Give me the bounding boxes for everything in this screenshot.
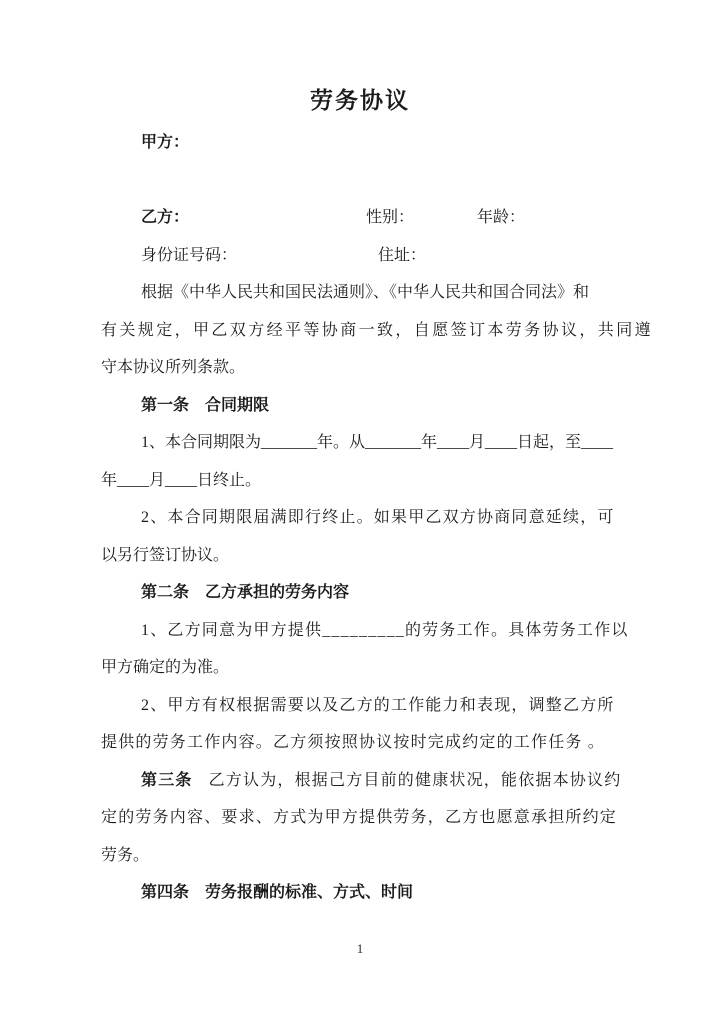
text-line: 根据《中华人民共和国民法通则》、《中华人民共和国合同法》和 — [101, 274, 615, 312]
party-b-label: 乙方： — [141, 199, 362, 237]
party-b-line: 乙方： 性别： 年龄： — [101, 199, 615, 237]
id-address-line: 身份证号码： 住址： — [101, 237, 615, 275]
text-line: 守本协议所列条款。 — [101, 349, 615, 387]
text-line: 有关规定，甲乙双方经平等协商一致，自愿签订本劳务协议，共同遵 — [101, 312, 615, 350]
text-line: 甲方确定的为准。 — [101, 649, 615, 687]
text-line: 劳务。 — [101, 837, 615, 875]
age-label: 年龄： — [477, 209, 525, 226]
blank-line — [101, 162, 615, 200]
address-label: 住址： — [378, 247, 426, 264]
text-line: 1、本合同期限为_______年。从_______年____月____日起，至_… — [101, 424, 615, 462]
section-heading: 第一条 合同期限 — [101, 387, 615, 425]
text-line: 第三条乙方认为，根据己方目前的健康状况，能依据本协议约 — [101, 762, 615, 800]
text-line: 年____月____日终止。 — [101, 462, 615, 500]
text-line: 以另行签订协议。 — [101, 537, 615, 575]
id-number-label: 身份证号码： — [141, 237, 374, 275]
section-heading: 第二条 乙方承担的劳务内容 — [101, 574, 615, 612]
text-line: 2、本合同期限届满即行终止。如果甲乙双方协商同意延续，可 — [101, 499, 615, 537]
text-line: 1、乙方同意为甲方提供_________的劳务工作。具体劳务工作以 — [101, 612, 615, 650]
party-a-label: 甲方： — [141, 134, 189, 151]
text-line: 乙方认为，根据己方目前的健康状况，能依据本协议约 — [209, 772, 622, 789]
document-body: 甲方： 乙方： 性别： 年龄： 身份证号码： 住址： 根据《中华人民共和国民法通… — [101, 124, 615, 912]
section-heading: 第四条 劳务报酬的标准、方式、时间 — [101, 874, 615, 912]
page-number: 1 — [0, 941, 720, 957]
document-page: 劳务协议 甲方： 乙方： 性别： 年龄： 身份证号码： 住址： 根据《中华人民共… — [0, 0, 720, 1017]
text-line: 2、甲方有权根据需要以及乙方的工作能力和表现，调整乙方所 — [101, 687, 615, 725]
text-line: 提供的劳务工作内容。乙方须按照协议按时完成约定的工作任务 。 — [101, 724, 615, 762]
gender-label: 性别： — [366, 199, 473, 237]
document-title: 劳务协议 — [0, 0, 720, 116]
party-a-line: 甲方： — [101, 124, 615, 162]
text-line: 定的劳务内容、要求、方式为甲方提供劳务，乙方也愿意承担所约定 — [101, 799, 615, 837]
section-heading: 第三条 — [141, 772, 193, 789]
